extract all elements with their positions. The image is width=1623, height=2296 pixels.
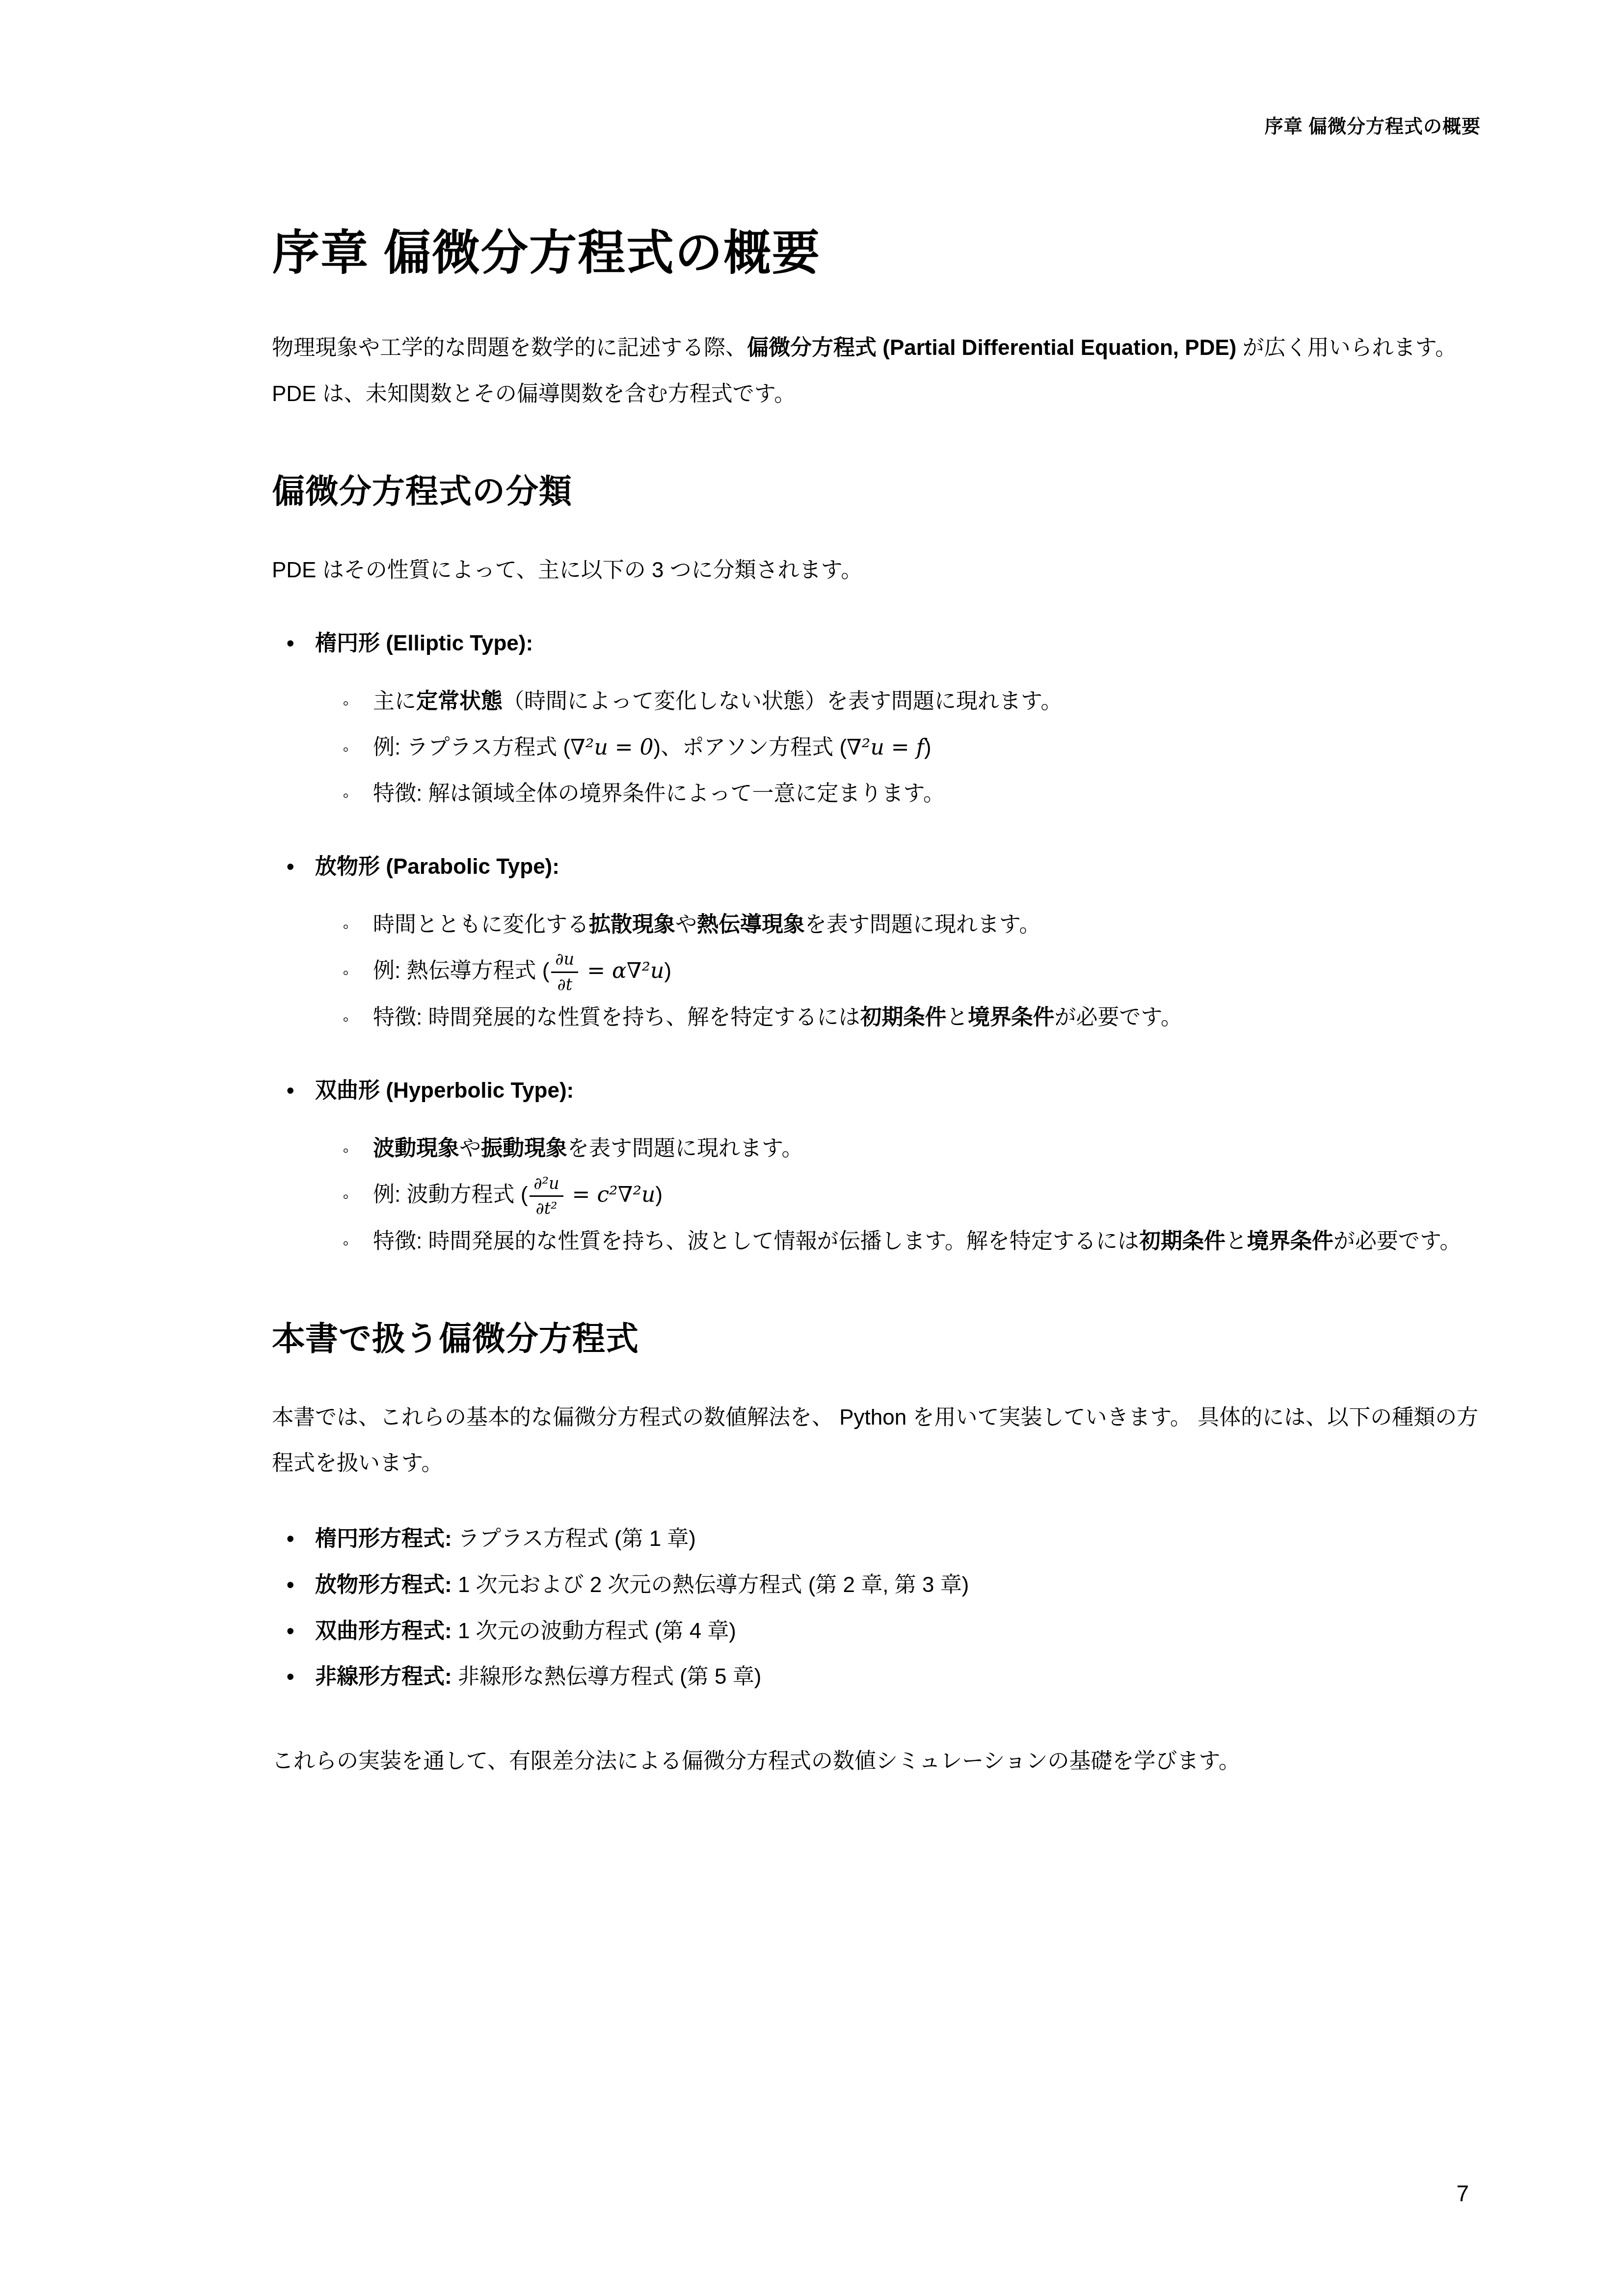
pde-type-list: • 楕円形 (Elliptic Type): ◦ 主に定常状態（時間によって変化… [286,621,1492,1264]
bullet-icon: • [287,621,294,667]
type-title-hyperbolic: 双曲形 (Hyperbolic Type): [315,1079,574,1103]
point-text: 例: ラプラス方程式 (∇²u = 0)、ポアソン方程式 (∇²u = f) [373,735,931,759]
math-inline: = α∇²u [580,958,664,983]
list-item-hyperbolic: • 双曲形 (Hyperbolic Type): ◦ 波動現象や振動現象を表す問… [286,1068,1492,1264]
outro-paragraph: これらの実装を通して、有限差分法による偏微分方程式の数値シミュレーションの基礎を… [272,1738,1492,1784]
chapter-title: 序章 偏微分方程式の概要 [272,222,1492,284]
text-run: 1 次元の波動方程式 (第 4 章) [452,1619,736,1643]
type-title-parabolic: 放物形 (Parabolic Type): [315,855,559,879]
circle-bullet-icon: ◦ [343,903,349,949]
text-run: 1 次元および 2 次元の熱伝導方程式 (第 2 章, 第 3 章) [452,1573,969,1597]
list-item-elliptic: • 楕円形 (Elliptic Type): ◦ 主に定常状態（時間によって変化… [286,621,1492,816]
point-text: 特徴: 解は領域全体の境界条件によって一意に定まります。 [373,782,945,806]
book-item-text: 放物形方程式: 1 次元および 2 次元の熱伝導方程式 (第 2 章, 第 3 … [315,1573,969,1597]
bold-text: 双曲形方程式: [315,1619,452,1643]
bullet-icon: • [287,1068,294,1114]
text-run: が必要です。 [1333,1229,1461,1253]
text-run: 例: 波動方程式 ( [373,1183,528,1207]
text-run: 特徴: 時間発展的な性質を持ち、解を特定するには [373,1005,860,1029]
circle-bullet-icon: ◦ [343,772,349,818]
book-item-text: 非線形方程式: 非線形な熱伝導方程式 (第 5 章) [315,1665,761,1689]
type-title-elliptic: 楕円形 (Elliptic Type): [315,631,533,655]
point-text: 例: 熱伝導方程式 (∂u∂t = α∇²u) [373,959,671,983]
bold-text: 非線形方程式: [315,1665,452,1689]
classification-lead: PDE はその性質によって、主に以下の 3 つに分類されます。 [272,547,1492,594]
bold-text: 境界条件 [968,1005,1054,1029]
point-text: 特徴: 時間発展的な性質を持ち、解を特定するには初期条件と境界条件が必要です。 [373,1005,1182,1029]
list-item: ◦ 例: ラプラス方程式 (∇²u = 0)、ポアソン方程式 (∇²u = f) [315,725,1492,771]
list-item: ◦ 主に定常状態（時間によって変化しない状態）を表す問題に現れます。 [315,678,1492,725]
text-run: や [675,913,697,937]
page-number: 7 [1456,2180,1469,2207]
bullet-icon: • [287,1608,294,1654]
circle-bullet-icon: ◦ [343,680,349,726]
list-item: ◦ 波動現象や振動現象を表す問題に現れます。 [315,1126,1492,1172]
list-item-hyperbolic-eq: • 双曲形方程式: 1 次元の波動方程式 (第 4 章) [286,1608,1492,1654]
circle-bullet-icon: ◦ [343,726,349,772]
bullet-icon: • [287,844,294,890]
text-run: ) [664,959,671,983]
list-item: ◦ 例: 熱伝導方程式 (∂u∂t = α∇²u) [315,948,1492,995]
intro-paragraph: 物理現象や工学的な問題を数学的に記述する際、偏微分方程式 (Partial Di… [272,325,1492,417]
bold-text: 初期条件 [1139,1229,1225,1253]
text-run: 物理現象や工学的な問題を数学的に記述する際、 [272,336,747,360]
text-run: 特徴: 時間発展的な性質を持ち、波として情報が伝播します。解を特定するには [373,1229,1139,1253]
text-run: が必要です。 [1054,1005,1182,1029]
book-lead: 本書では、これらの基本的な偏微分方程式の数値解法を、 Python を用いて実装… [272,1395,1492,1486]
text-run: ) [655,1183,663,1207]
text-run: を表す問題に現れます。 [567,1136,803,1161]
text-run: 例: ラプラス方程式 ( [373,735,570,759]
circle-bullet-icon: ◦ [343,949,349,996]
bullet-icon: • [287,1654,294,1700]
sub-list-hyperbolic: ◦ 波動現象や振動現象を表す問題に現れます。 ◦ 例: 波動方程式 (∂²u∂t… [315,1126,1492,1264]
text-run: や [459,1136,481,1161]
bold-text: 拡散現象 [589,913,675,937]
point-text: 波動現象や振動現象を表す問題に現れます。 [373,1136,803,1161]
point-text: 例: 波動方程式 (∂²u∂t² = c²∇²u) [373,1183,663,1207]
bullet-icon: • [287,1562,294,1608]
text-run: と [1225,1229,1247,1253]
math-inline: = c²∇²u [565,1182,656,1207]
bullet-icon: • [287,1516,294,1562]
point-text: 特徴: 時間発展的な性質を持ち、波として情報が伝播します。解を特定するには初期条… [373,1229,1461,1253]
section-heading-book: 本書で扱う偏微分方程式 [272,1318,1492,1360]
list-item: ◦ 例: 波動方程式 (∂²u∂t² = c²∇²u) [315,1172,1492,1218]
running-header: 序章 偏微分方程式の概要 [1264,111,1481,138]
text-run: 時間とともに変化する [373,913,589,937]
circle-bullet-icon: ◦ [343,996,349,1042]
section-heading-classification: 偏微分方程式の分類 [272,470,1492,513]
text-run: （時間によって変化しない状態）を表す問題に現れます。 [503,689,1062,713]
list-item: ◦ 特徴: 解は領域全体の境界条件によって一意に定まります。 [315,771,1492,817]
bold-text: 境界条件 [1247,1229,1333,1253]
sub-list-elliptic: ◦ 主に定常状態（時間によって変化しない状態）を表す問題に現れます。 ◦ 例: … [315,678,1492,816]
list-item-nonlinear-eq: • 非線形方程式: 非線形な熱伝導方程式 (第 5 章) [286,1654,1492,1700]
list-item: ◦ 特徴: 時間発展的な性質を持ち、波として情報が伝播します。解を特定するには初… [315,1218,1492,1265]
book-equation-list: • 楕円形方程式: ラプラス方程式 (第 1 章) • 放物形方程式: 1 次元… [286,1516,1492,1700]
page-content: 序章 偏微分方程式の概要 物理現象や工学的な問題を数学的に記述する際、偏微分方程… [272,0,1492,1784]
bold-text: 放物形方程式: [315,1573,452,1597]
text-run: 非線形な熱伝導方程式 (第 5 章) [452,1665,762,1689]
document-page: 序章 偏微分方程式の概要 序章 偏微分方程式の概要 物理現象や工学的な問題を数学… [0,0,1623,2296]
book-item-text: 双曲形方程式: 1 次元の波動方程式 (第 4 章) [315,1619,736,1643]
text-run: ラプラス方程式 (第 1 章) [452,1527,696,1551]
bold-text: 振動現象 [481,1136,567,1161]
bold-text: 初期条件 [860,1005,946,1029]
list-item-parabolic-eq: • 放物形方程式: 1 次元および 2 次元の熱伝導方程式 (第 2 章, 第 … [286,1562,1492,1608]
bold-text: 定常状態 [416,689,503,713]
bold-text: 楕円形方程式: [315,1527,452,1551]
circle-bullet-icon: ◦ [343,1127,349,1173]
text-run: と [946,1005,968,1029]
book-item-text: 楕円形方程式: ラプラス方程式 (第 1 章) [315,1527,696,1551]
math-inline: ∇²u = f [847,735,924,760]
text-run: 特徴: 解は領域全体の境界条件によって一意に定まります。 [373,782,945,806]
point-text: 時間とともに変化する拡散現象や熱伝導現象を表す問題に現れます。 [373,913,1040,937]
text-run: を表す問題に現れます。 [805,913,1040,937]
sub-list-parabolic: ◦ 時間とともに変化する拡散現象や熱伝導現象を表す問題に現れます。 ◦ 例: 熱… [315,902,1492,1040]
list-item: ◦ 特徴: 時間発展的な性質を持ち、解を特定するには初期条件と境界条件が必要です… [315,995,1492,1041]
text-run: 主に [373,689,416,713]
list-item-parabolic: • 放物形 (Parabolic Type): ◦ 時間とともに変化する拡散現象… [286,844,1492,1040]
bold-text: 波動現象 [373,1136,459,1161]
circle-bullet-icon: ◦ [343,1173,349,1219]
bold-text: 偏微分方程式 (Partial Differential Equation, P… [747,336,1236,360]
math-fraction: ∂u∂t [551,949,578,994]
point-text: 主に定常状態（時間によって変化しない状態）を表す問題に現れます。 [373,689,1062,713]
math-fraction: ∂²u∂t² [530,1174,563,1218]
circle-bullet-icon: ◦ [343,1220,349,1266]
bold-text: 熱伝導現象 [697,913,805,937]
text-run: 例: 熱伝導方程式 ( [373,959,549,983]
list-item: ◦ 時間とともに変化する拡散現象や熱伝導現象を表す問題に現れます。 [315,902,1492,948]
text-run: ) [924,735,931,759]
text-run: )、ポアソン方程式 ( [654,735,847,759]
math-inline: ∇²u = 0 [570,735,654,760]
list-item-elliptic-eq: • 楕円形方程式: ラプラス方程式 (第 1 章) [286,1516,1492,1562]
